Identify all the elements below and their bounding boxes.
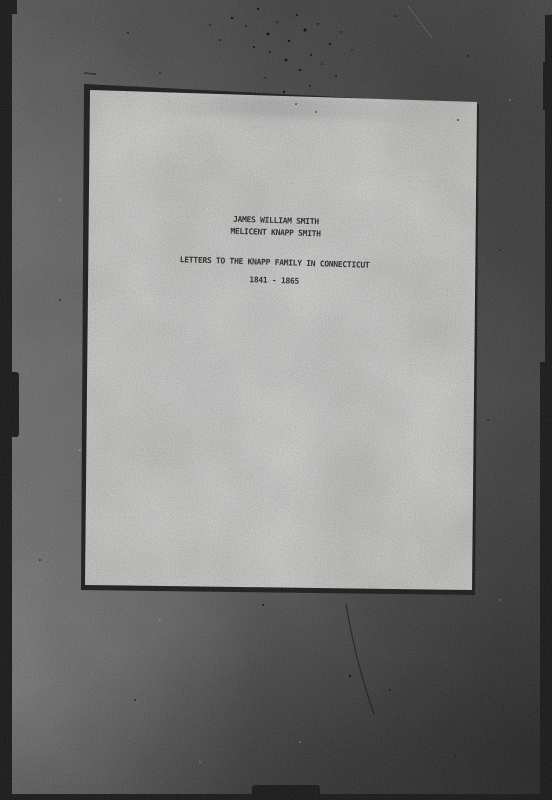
typed-title-block: JAMES WILLIAM SMITH MELICENT KNAPP SMITH… [104, 210, 446, 292]
film-edge-right-notch [543, 62, 552, 110]
film-edge-bottom-tab [252, 785, 320, 800]
film-edge-right-lower [540, 362, 552, 800]
film-edge-left-tab [0, 372, 19, 437]
microfilm-scan-frame: JAMES WILLIAM SMITH MELICENT KNAPP SMITH… [0, 0, 552, 800]
film-edge-left-top-notch [0, 0, 17, 14]
